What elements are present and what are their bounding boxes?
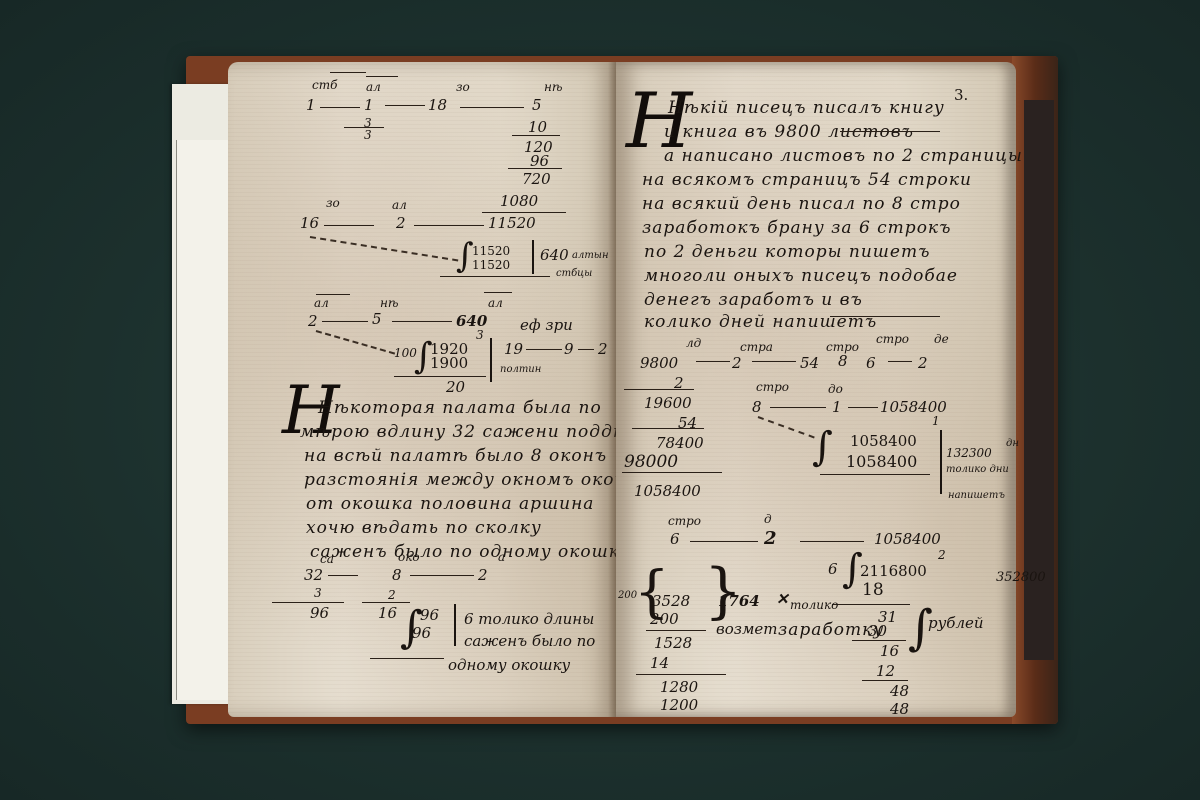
- calc-value: 1: [932, 414, 940, 428]
- dash-line: [410, 575, 474, 576]
- calc-value: 2: [308, 312, 318, 330]
- dash-line: [392, 321, 452, 322]
- calc-header: ал: [314, 296, 329, 310]
- calc-note: алтын: [572, 250, 609, 261]
- calc-note: 6 толико длины: [464, 610, 594, 628]
- text-line: заработокъ брану за 6 строкъ: [642, 218, 951, 238]
- calc-value: 2: [478, 566, 488, 584]
- calc-header: стро: [756, 380, 789, 394]
- calc-value: 2: [396, 214, 406, 232]
- text-line: а написано листовъ по 2 страницы: [664, 146, 1023, 166]
- calc-header: са: [320, 552, 334, 566]
- calc-quotient: 9: [564, 340, 574, 358]
- bracket: [528, 240, 534, 274]
- dash-line: [322, 321, 368, 322]
- calc-value: 2: [388, 588, 396, 602]
- text-line: многоли оныхъ писецъ подобае: [644, 266, 958, 286]
- calc-value: 2116800: [860, 562, 927, 580]
- sum-line: [646, 630, 706, 631]
- calc-value: 1: [306, 96, 316, 114]
- sum-line: [832, 604, 910, 605]
- sum-line: [440, 276, 550, 277]
- text-line: от окошка половина аршина: [306, 494, 594, 514]
- calc-value: 12: [876, 662, 895, 680]
- calc-header: а: [498, 550, 505, 564]
- text-line: денегъ заработъ и въ: [644, 290, 863, 310]
- sum-line: [508, 168, 562, 169]
- sum-line: [636, 674, 726, 675]
- dash-line: [526, 349, 562, 350]
- calc-value: 2: [938, 548, 946, 562]
- calc-value: 48: [890, 682, 909, 700]
- text-line: хочю вѣдать по сколку: [306, 518, 542, 538]
- text-line: разстоянія между окномъ окошко: [304, 470, 654, 490]
- bracket: [936, 430, 942, 494]
- calc-value: 14: [650, 654, 669, 672]
- calc-value: 78400: [656, 434, 704, 452]
- text-line: на всякомъ страницъ 54 строки: [642, 170, 972, 190]
- calc-value: 16: [300, 214, 319, 232]
- calc-value: 3: [476, 328, 484, 342]
- calc-header: до: [828, 382, 843, 396]
- calc-value: 9800: [640, 354, 678, 372]
- calc-header: лд: [686, 336, 701, 350]
- calc-quotient: 19: [504, 340, 523, 358]
- text-line: саженъ было по одному окошку: [310, 542, 631, 562]
- calc-value: 720: [522, 170, 551, 188]
- text-line: Нѣкоторая палата была по: [318, 398, 602, 418]
- calc-value: 1058400: [634, 482, 701, 500]
- sum-line: [852, 640, 906, 641]
- calc-header: нѣ: [380, 296, 399, 310]
- calc-header: зо: [326, 196, 340, 210]
- calc-value: 3: [314, 586, 322, 600]
- calc-value: 11520: [488, 214, 536, 232]
- overline: [316, 294, 350, 295]
- fraction-line: [272, 602, 344, 603]
- calc-value: 5: [532, 96, 542, 114]
- underline: [840, 131, 940, 132]
- dash-line: [328, 575, 358, 576]
- calc-value: 96: [412, 624, 431, 642]
- dash-line: [320, 107, 360, 108]
- calc-result: 640: [540, 246, 569, 264]
- calc-value: 16: [880, 642, 899, 660]
- calc-value: 8: [392, 566, 402, 584]
- overline: [484, 292, 512, 293]
- overline: [366, 76, 398, 77]
- calc-value: 10: [528, 118, 547, 136]
- text-line: колико дней напишетъ: [644, 312, 877, 332]
- calc-value: 98000: [624, 452, 678, 472]
- text-line: мѣрою вдлину 32 сажени поддно: [300, 422, 636, 442]
- calc-note: толико дни: [946, 464, 1009, 475]
- sum-line: [512, 135, 560, 136]
- dash-line: [385, 105, 425, 106]
- calc-header: стро: [668, 514, 701, 528]
- calc-note: одному окошку: [448, 656, 570, 674]
- calc-note: напишетъ: [948, 490, 1005, 501]
- calc-value: 11520: [472, 258, 510, 272]
- calc-quotient: 2: [598, 340, 608, 358]
- calc-note: еф зри: [520, 316, 573, 334]
- calc-value: 1: [832, 398, 842, 416]
- calc-note: возмет: [716, 620, 777, 638]
- calc-note: саженъ было по: [464, 632, 595, 650]
- inserted-sheet-inner: [176, 140, 235, 700]
- calc-value: 1058400: [874, 530, 941, 548]
- calc-value: 18: [428, 96, 447, 114]
- calc-header: д: [764, 512, 772, 526]
- calc-value: 6: [670, 530, 680, 548]
- calc-value: 96: [420, 606, 439, 624]
- calc-note: полтин: [500, 364, 541, 375]
- calc-value: 6: [866, 354, 876, 372]
- calc-value: 11520: [472, 244, 510, 258]
- calc-value: 54: [678, 414, 697, 432]
- calc-value: 32: [304, 566, 323, 584]
- sum-line: [632, 428, 704, 429]
- dash-line: [770, 407, 826, 408]
- calc-value: 5: [372, 310, 382, 328]
- text-line: по 2 деньги которы пишетъ: [644, 242, 930, 262]
- calc-header: око: [398, 550, 420, 564]
- calc-value: 2: [732, 354, 742, 372]
- integral-sign: ∫: [812, 424, 833, 470]
- calc-value: 54: [800, 354, 819, 372]
- calc-note: толико: [790, 598, 838, 612]
- dash-line: [696, 361, 730, 362]
- calc-value: 19600: [644, 394, 692, 412]
- calc-header: стро: [876, 332, 909, 346]
- page-number: 3.: [954, 86, 968, 104]
- calc-value: 200: [650, 610, 679, 628]
- calc-result: 352800: [996, 570, 1046, 585]
- calc-value: 48: [890, 700, 909, 718]
- dash-line: [460, 107, 524, 108]
- sum-line: [394, 376, 486, 377]
- calc-value: 16: [378, 604, 397, 622]
- dash-line: [800, 541, 864, 542]
- calc-result: 1764: [718, 592, 760, 610]
- calc-header: ал: [392, 198, 407, 212]
- text-line: на всякий день писал по 8 стро: [642, 194, 961, 214]
- text-line: на всѣй палатѣ было 8 оконъ: [304, 446, 607, 466]
- calc-header: ал: [488, 296, 503, 310]
- calc-value: 2: [764, 528, 777, 549]
- calc-header: де: [934, 332, 949, 346]
- calc-note: стбцы: [556, 268, 592, 279]
- dash-line: [324, 225, 374, 226]
- calc-note: рублей: [928, 614, 984, 632]
- sum-line: [482, 212, 566, 213]
- dash-line: [414, 225, 484, 226]
- cross-mark: ✕: [776, 590, 789, 608]
- calc-value: 1200: [660, 696, 698, 714]
- curly-brace: }: [704, 556, 742, 626]
- calc-header: зо: [456, 80, 470, 94]
- sum-line: [622, 472, 722, 473]
- dash-line: [752, 361, 796, 362]
- calc-value: 96: [310, 604, 329, 622]
- text-line: и книга въ 9800 листовъ: [664, 122, 914, 142]
- calc-value: 8: [752, 398, 762, 416]
- calc-note: заработку: [778, 620, 884, 640]
- calc-value: 1900: [430, 354, 468, 372]
- overline: [330, 72, 366, 73]
- bracket: [450, 604, 456, 646]
- calc-result: 132300: [946, 446, 992, 460]
- sum-line: [820, 474, 930, 475]
- calc-value: 3528: [652, 592, 690, 610]
- calc-value: 2: [918, 354, 928, 372]
- sum-line: [862, 680, 908, 681]
- dash-line: [848, 407, 878, 408]
- calc-value: 3: [364, 128, 372, 142]
- calc-value: 1058400: [850, 432, 917, 450]
- calc-value: 1280: [660, 678, 698, 696]
- bracket: [486, 338, 492, 382]
- calc-value: 1: [364, 96, 374, 114]
- calc-remainder: 20: [446, 378, 465, 396]
- calc-note: дн: [1006, 438, 1019, 449]
- calc-header: стра: [740, 340, 773, 354]
- dash-line: [578, 349, 594, 350]
- calc-value: 1528: [654, 634, 692, 652]
- calc-header: ал: [366, 80, 381, 94]
- calc-value: 1058400: [846, 452, 917, 471]
- calc-header: нѣ: [544, 80, 563, 94]
- sum-line: [370, 658, 444, 659]
- underline: [830, 316, 940, 317]
- calc-divisor: 6: [828, 560, 838, 578]
- calc-value: 1080: [500, 192, 538, 210]
- dash-line: [888, 361, 912, 362]
- text-line: Нѣкій писецъ писалъ книгу: [668, 98, 945, 118]
- calc-value: 8: [838, 352, 848, 370]
- calc-header: стб: [312, 78, 337, 92]
- dash-line: [690, 541, 758, 542]
- calc-value: 18: [862, 580, 884, 600]
- sum-line: [624, 389, 694, 390]
